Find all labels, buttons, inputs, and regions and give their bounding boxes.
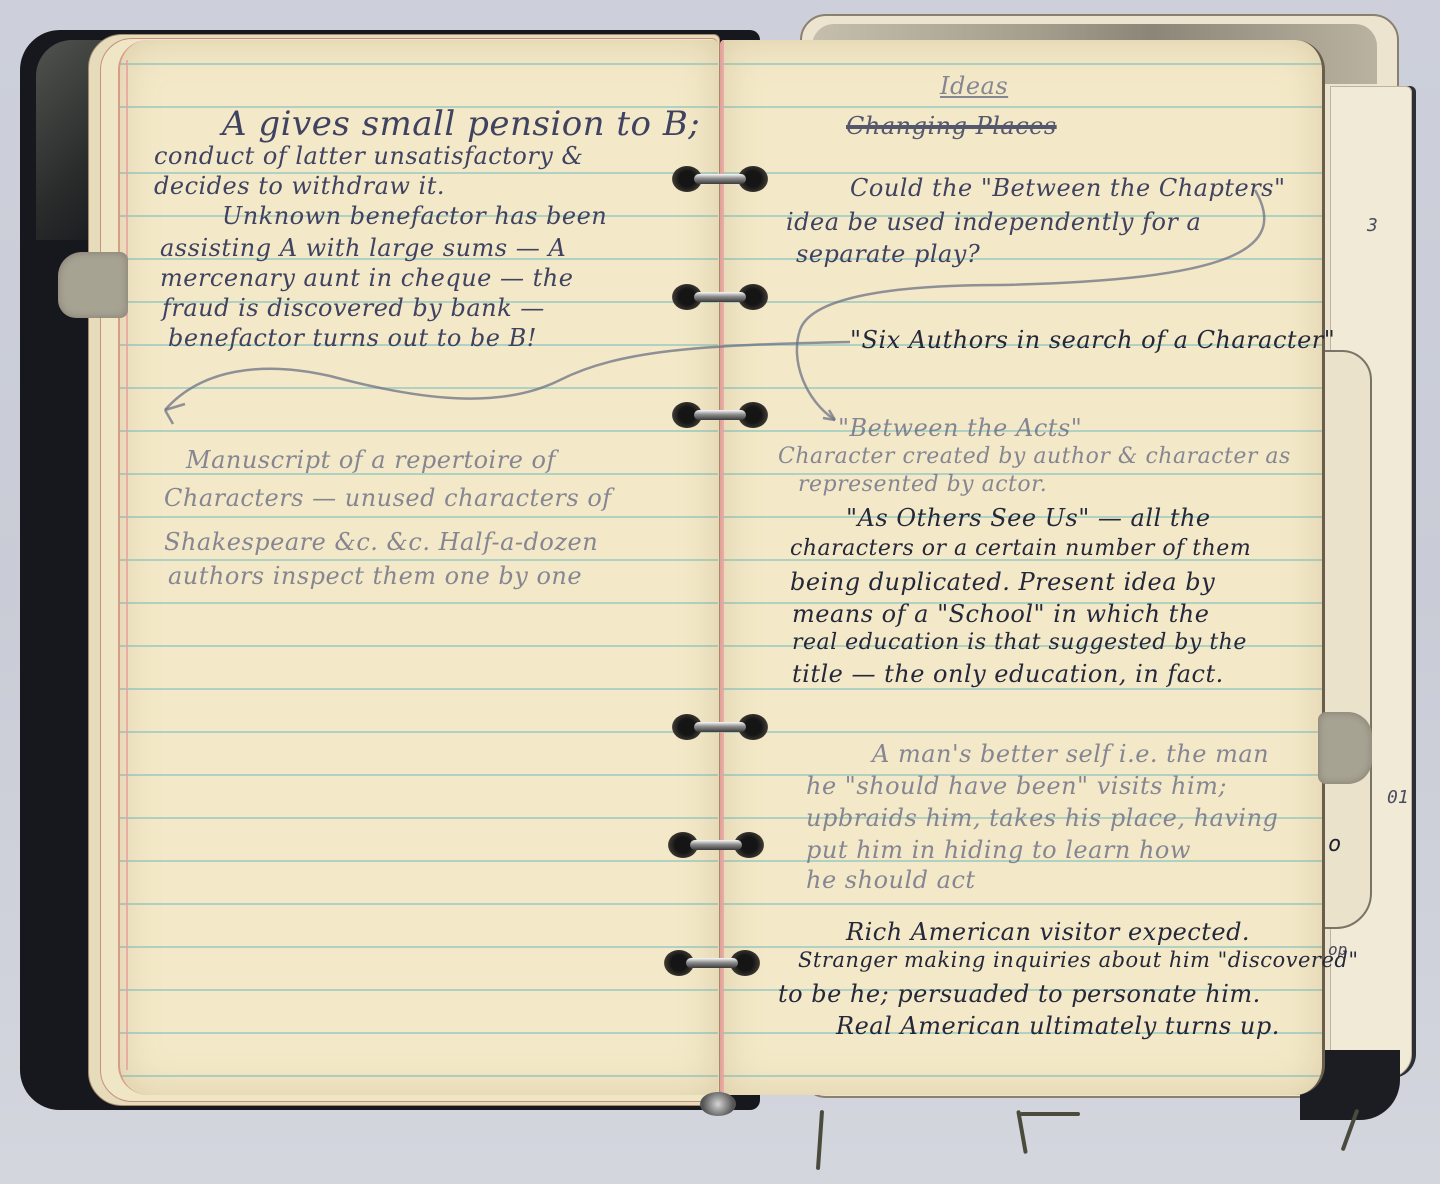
card-note: o bbox=[1328, 832, 1341, 857]
handwritten-line: being duplicated. Present idea by bbox=[790, 568, 1215, 596]
handwritten-line: represented by actor. bbox=[798, 472, 1047, 497]
binder-ring bbox=[664, 950, 760, 976]
binder-ring bbox=[672, 714, 768, 740]
handwritten-line: decides to withdraw it. bbox=[154, 172, 445, 200]
handwritten-line: assisting A with large sums — A bbox=[160, 234, 566, 262]
handwritten-line: Character created by author & character … bbox=[778, 444, 1291, 469]
handwritten-line: idea be used independently for a bbox=[786, 208, 1201, 236]
binder-ring bbox=[672, 284, 768, 310]
loose-thread bbox=[816, 1110, 824, 1170]
right-index-tab[interactable] bbox=[1318, 712, 1372, 784]
handwritten-line: title — the only education, in fact. bbox=[792, 660, 1224, 688]
handwritten-line: upbraids him, takes his place, having bbox=[806, 804, 1278, 832]
left-index-tab[interactable] bbox=[58, 252, 128, 318]
handwritten-line: authors inspect them one by one bbox=[168, 562, 582, 590]
handwritten-line: characters or a certain number of them bbox=[790, 536, 1251, 561]
handwritten-line: to be he; persuaded to personate him. bbox=[778, 980, 1261, 1008]
handwritten-line: real education is that suggested by the bbox=[792, 630, 1247, 655]
handwritten-line: Could the "Between the Chapters" bbox=[850, 174, 1286, 202]
handwritten-line: A man's better self i.e. the man bbox=[872, 740, 1269, 768]
handwritten-line: mercenary aunt in cheque — the bbox=[160, 264, 573, 292]
handwritten-line: he "should have been" visits him; bbox=[806, 772, 1227, 800]
page-heading: Ideas bbox=[940, 72, 1008, 100]
binder-ring-bottom bbox=[700, 1092, 736, 1116]
handwritten-line: Real American ultimately turns up. bbox=[836, 1012, 1280, 1040]
handwritten-line: separate play? bbox=[796, 240, 980, 268]
handwritten-line: put him in hiding to learn how bbox=[806, 836, 1191, 864]
binder-ring bbox=[668, 832, 764, 858]
card-note: 3 bbox=[1367, 215, 1378, 236]
handwritten-line: Shakespeare &c. &c. Half-a-dozen bbox=[164, 528, 598, 556]
handwritten-line: Unknown benefactor has been bbox=[222, 202, 607, 230]
arrow-note: "Between the Acts" bbox=[838, 414, 1082, 442]
margin-line bbox=[126, 60, 128, 1070]
struck-out-line: Changing Places bbox=[846, 112, 1057, 140]
handwritten-line: Manuscript of a repertoire of bbox=[186, 446, 556, 474]
handwritten-line: fraud is discovered by bank — bbox=[162, 294, 545, 322]
handwritten-line: Characters — unused characters of bbox=[164, 484, 612, 512]
binder-ring bbox=[672, 402, 768, 428]
play-title-line: "Six Authors in search of a Character" bbox=[850, 326, 1335, 354]
margin-line bbox=[722, 40, 724, 1095]
loose-thread bbox=[1016, 1110, 1028, 1154]
handwritten-line: conduct of latter unsatisfactory & bbox=[154, 142, 583, 170]
handwritten-line: he should act bbox=[806, 866, 976, 894]
binder-ring bbox=[672, 166, 768, 192]
handwritten-line: Rich American visitor expected. bbox=[846, 918, 1250, 946]
loose-thread bbox=[1020, 1112, 1080, 1116]
handwritten-line: benefactor turns out to be B! bbox=[168, 324, 537, 352]
handwritten-line: "As Others See Us" — all the bbox=[846, 504, 1211, 532]
handwritten-line: A gives small pension to B; bbox=[222, 104, 700, 144]
handwritten-line: Stranger making inquiries about him "dis… bbox=[798, 948, 1359, 972]
handwritten-line: means of a "School" in which the bbox=[792, 600, 1209, 628]
card-note: 01 bbox=[1387, 787, 1409, 808]
